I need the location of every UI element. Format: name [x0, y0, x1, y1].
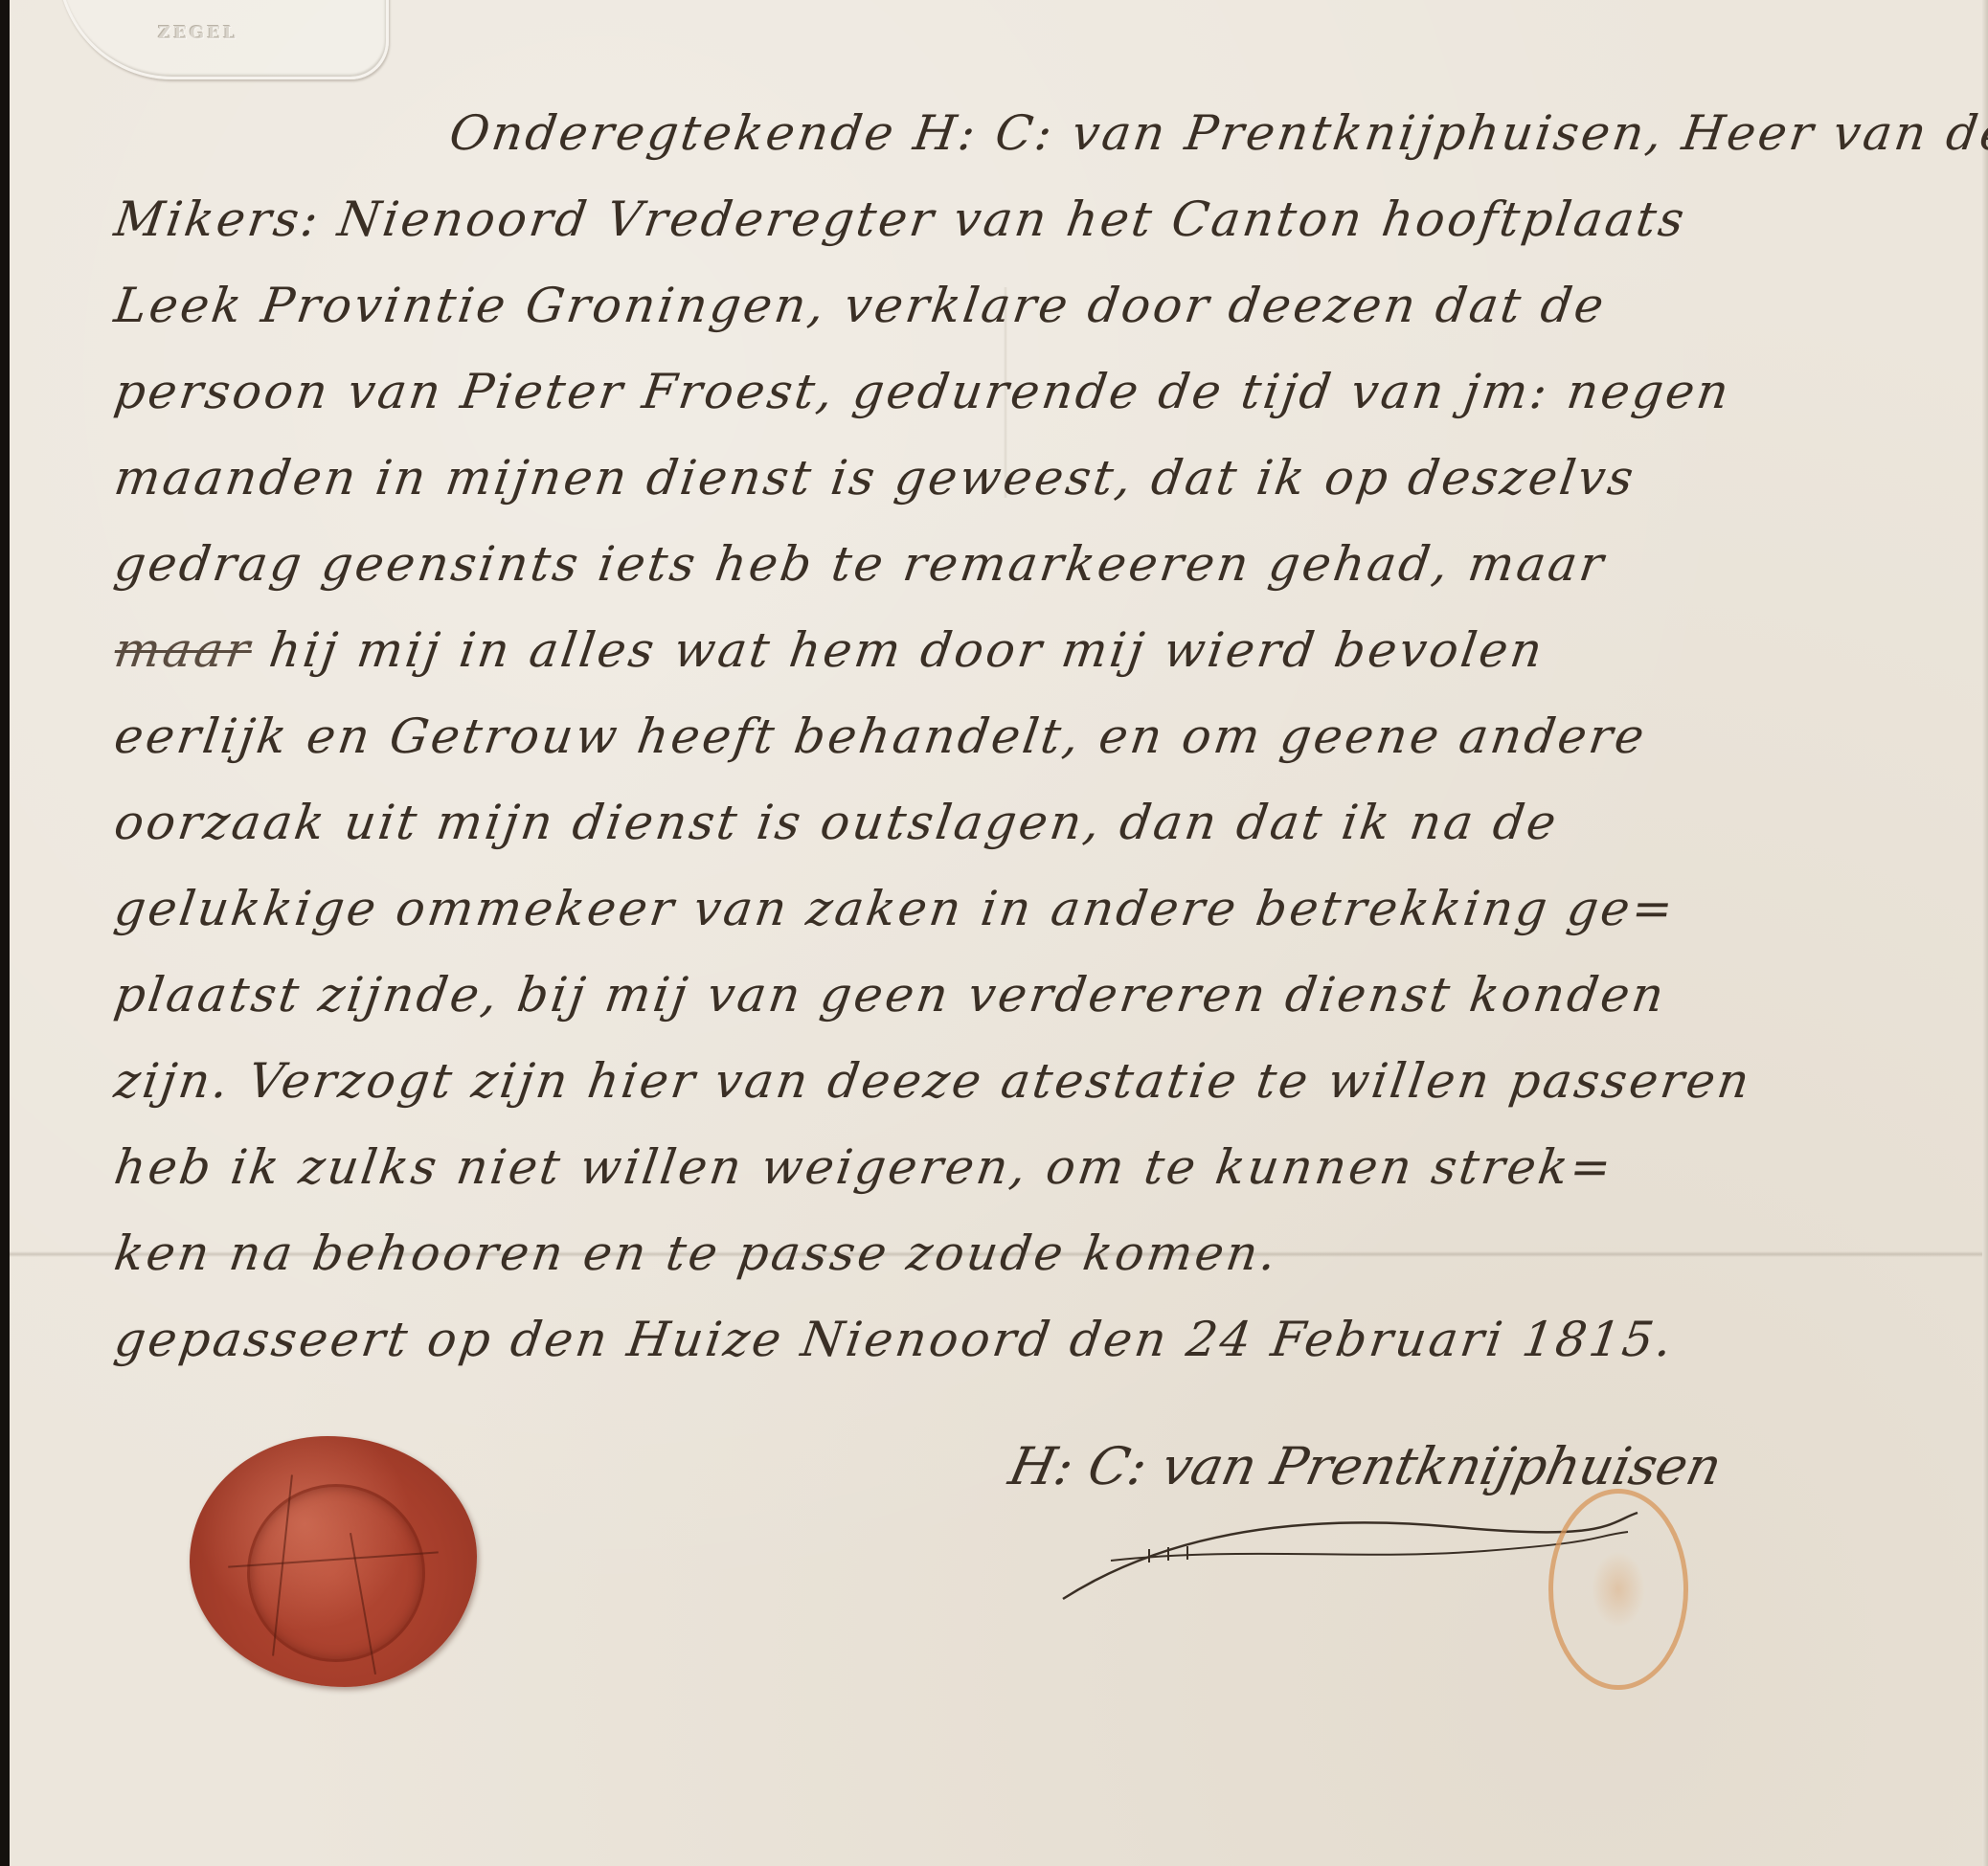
manuscript-line-6: gedrag geensints iets heb te remarkeeren…	[111, 536, 1610, 592]
signature: H: C: van Prentknijphuisen	[1004, 1436, 1727, 1496]
manuscript-line-10: gelukkige ommekeer van zaken in andere b…	[111, 881, 1680, 936]
manuscript-line-11: plaatst zijnde, bij mij van geen verdere…	[111, 967, 1670, 1023]
manuscript-line-12: zijn. Verzogt zijn hier van deeze atesta…	[111, 1053, 1755, 1109]
manuscript-line-8: eerlijk en Getrouw heeft behandelt, en o…	[111, 708, 1650, 764]
manuscript-line-7-text: hij mij in alles wat hem door mij wierd …	[266, 622, 1548, 678]
manuscript-line-1: Onderegtekende H: C: van Prentknijphuise…	[446, 105, 1988, 161]
ink-stamp-center	[1592, 1551, 1645, 1628]
manuscript-line-15: gepasseert op den Huize Nienoord den 24 …	[111, 1312, 1678, 1367]
struck-out-word: maar	[111, 622, 256, 678]
manuscript-line-5: maanden in mijnen dienst is geweest, dat…	[111, 450, 1639, 506]
manuscript-line-9: oorzaak uit mijn dienst is outslagen, da…	[111, 795, 1562, 850]
manuscript-line-13: heb ik zulks niet willen weigeren, om te…	[111, 1139, 1617, 1195]
orange-oval-ink-stamp	[1548, 1489, 1688, 1690]
manuscript-line-14: ken na behooren en te passe zoude komen.	[111, 1225, 1282, 1281]
manuscript-line-2: Mikers: Nienoord Vrederegter van het Can…	[111, 191, 1690, 247]
manuscript-line-7: maar hij mij in alles wat hem door mij w…	[111, 622, 1548, 678]
manuscript-line-3: Leek Provintie Groningen, verklare door …	[111, 278, 1610, 333]
manuscript-line-4: persoon van Pieter Froest, gedurende de …	[111, 364, 1735, 419]
